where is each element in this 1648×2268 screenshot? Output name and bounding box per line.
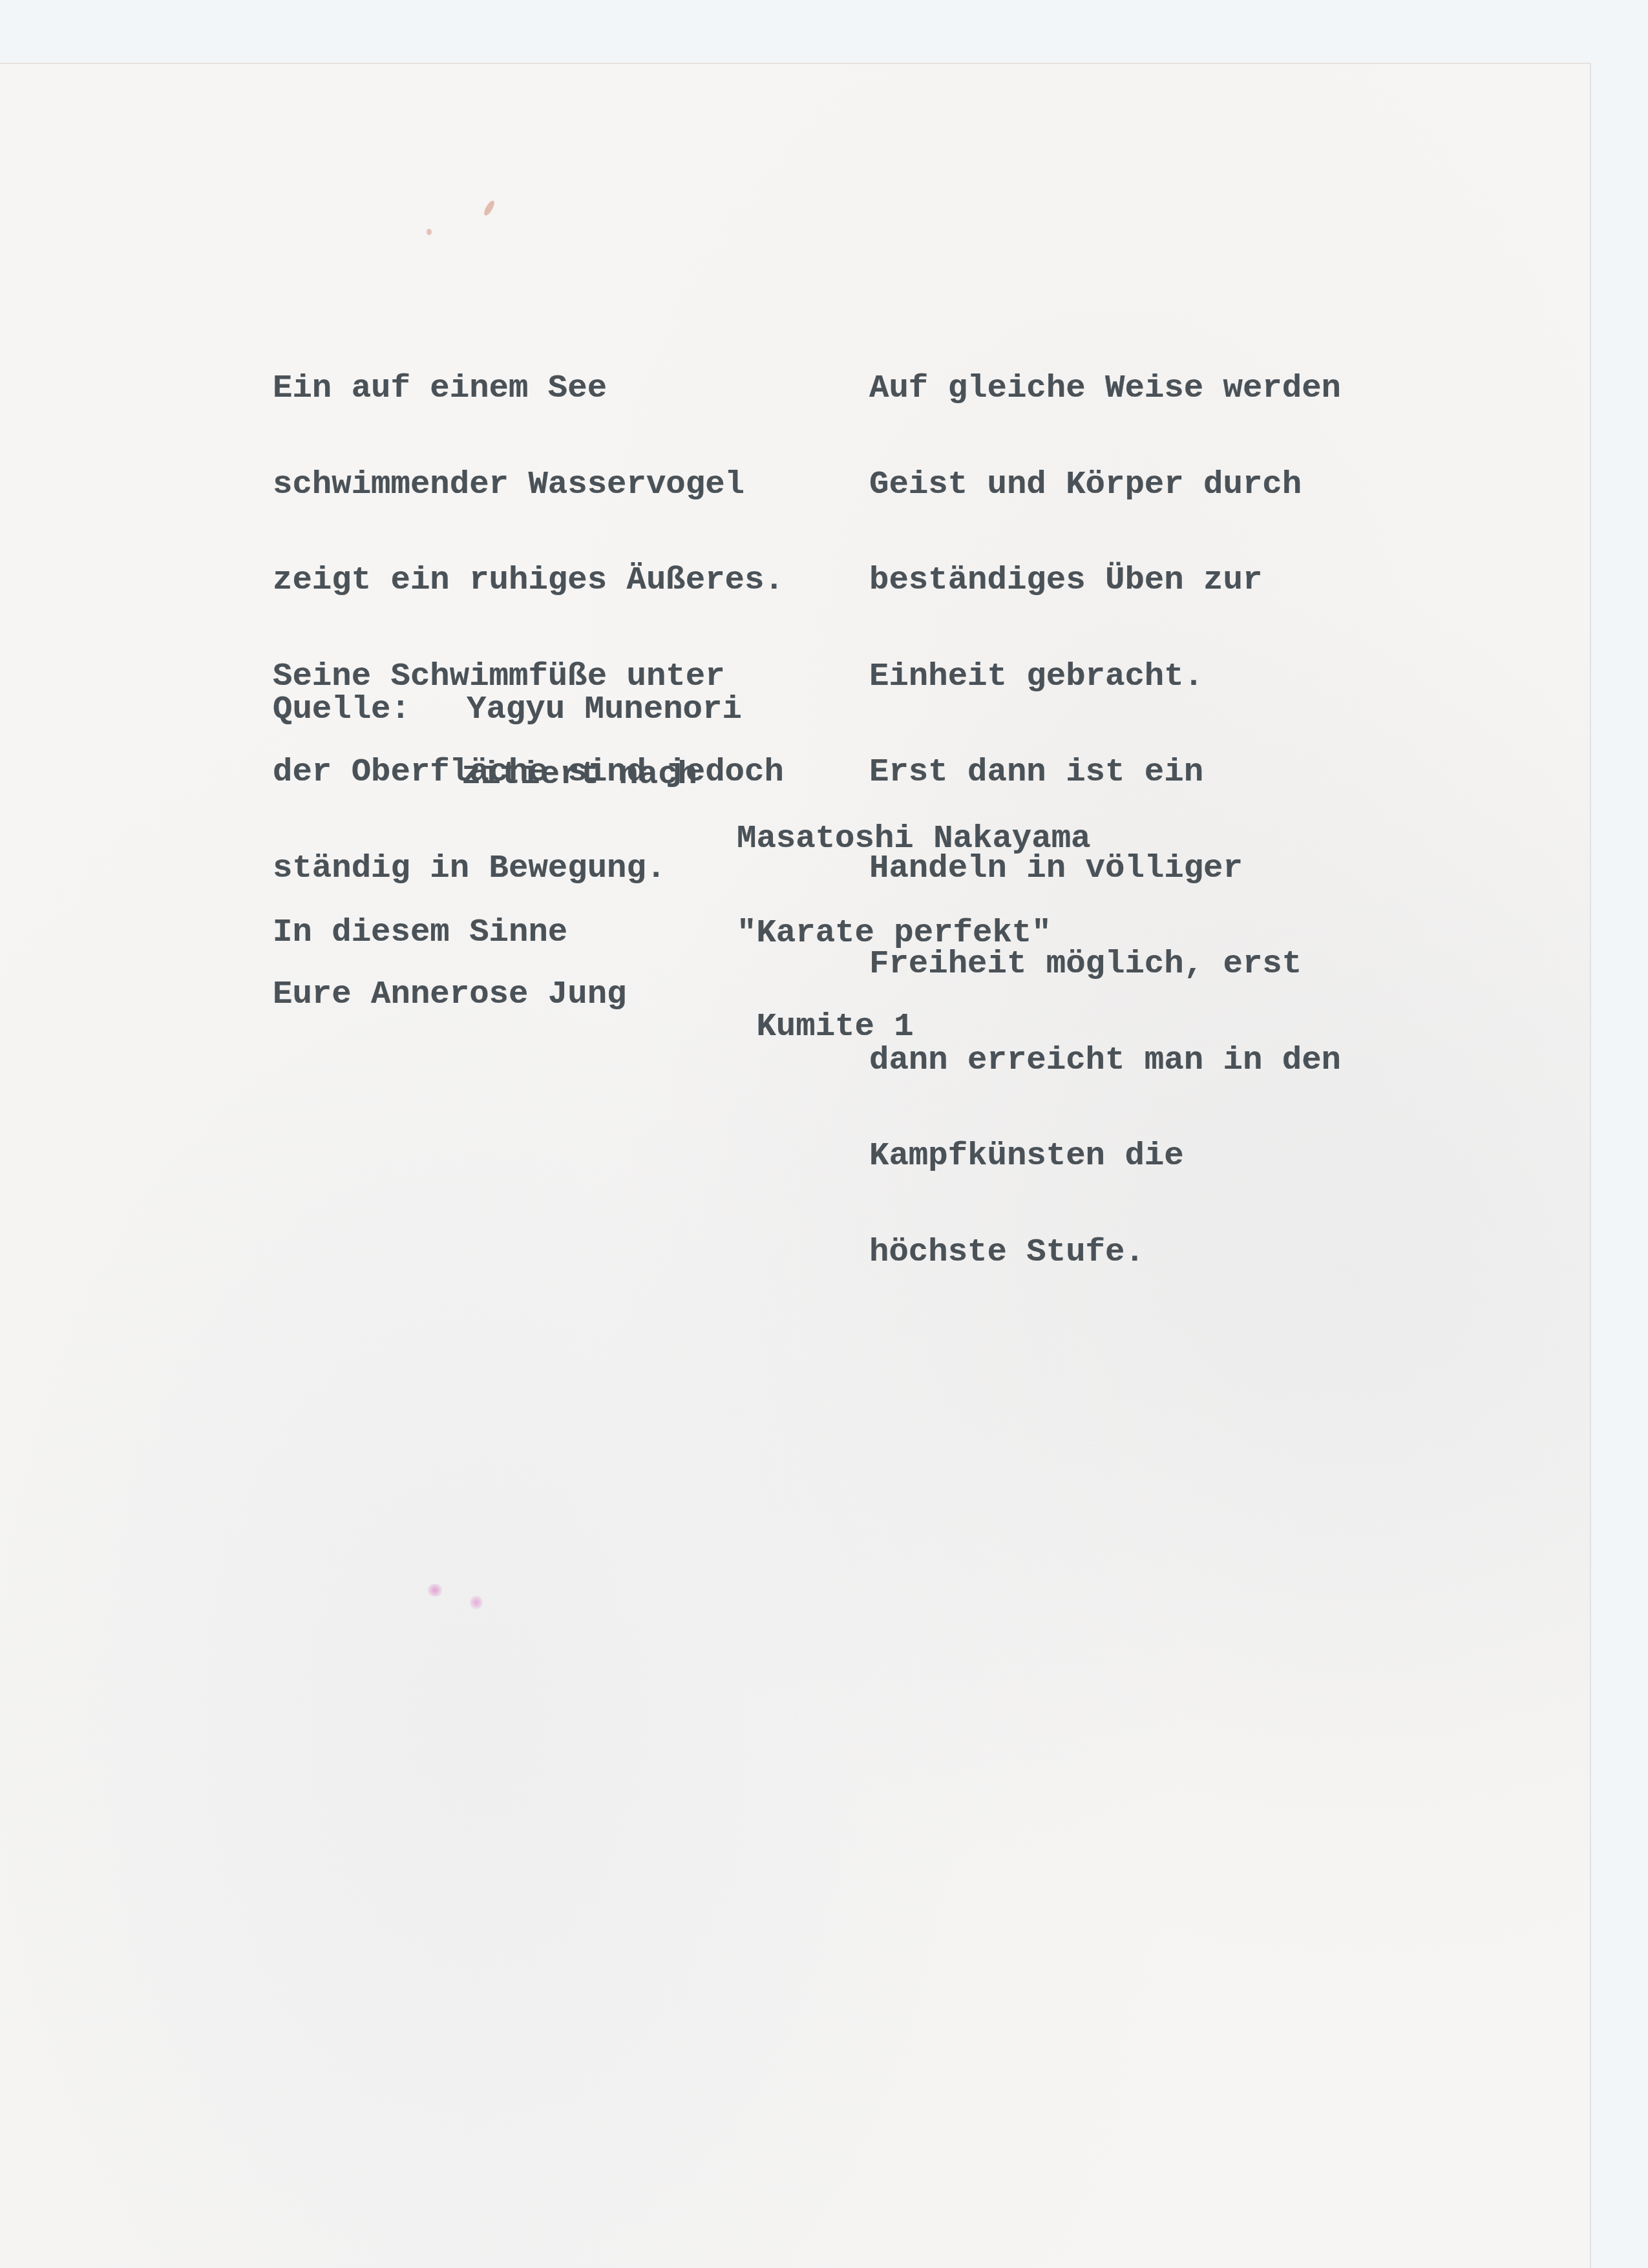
text-line: Geist und Körper durch [869, 469, 1341, 501]
cited-label: zitiert nach [461, 759, 697, 792]
text-line: zeigt ein ruhiges Äußeres. [273, 565, 784, 597]
stain-mark [427, 229, 432, 235]
text-line: Einheit gebracht. [869, 661, 1341, 693]
citation-block: Masatoshi Nakayama "Karate perfekt" Kumi… [737, 759, 1091, 1073]
text-line: schwimmender Wasservogel [273, 469, 784, 501]
text-line: Kampfkünsten die [869, 1140, 1341, 1173]
source-label: Quelle: [273, 694, 410, 726]
ink-spot [470, 1595, 483, 1610]
closing-line: In diesem Sinne [273, 917, 567, 949]
ink-spot [427, 1584, 443, 1597]
source-author: Yagyu Munenori [467, 694, 742, 726]
text-line: höchste Stufe. [869, 1237, 1341, 1269]
text-line: Auf gleiche Weise werden [869, 373, 1341, 405]
stain-mark [482, 199, 496, 217]
text-line: ständig in Bewegung. [273, 853, 784, 885]
cited-volume: Kumite 1 [737, 1011, 1091, 1042]
signature: Eure Annerose Jung [273, 979, 627, 1011]
paper-sheet [0, 63, 1591, 2268]
cited-title: "Karate perfekt" [737, 918, 1091, 948]
text-line: Seine Schwimmfüße unter [273, 661, 784, 693]
text-line: Ein auf einem See [273, 373, 784, 405]
quote-left-column: Ein auf einem See schwimmender Wasservog… [273, 309, 784, 917]
cited-author: Masatoshi Nakayama [737, 823, 1091, 854]
text-line: beständiges Üben zur [869, 565, 1341, 597]
